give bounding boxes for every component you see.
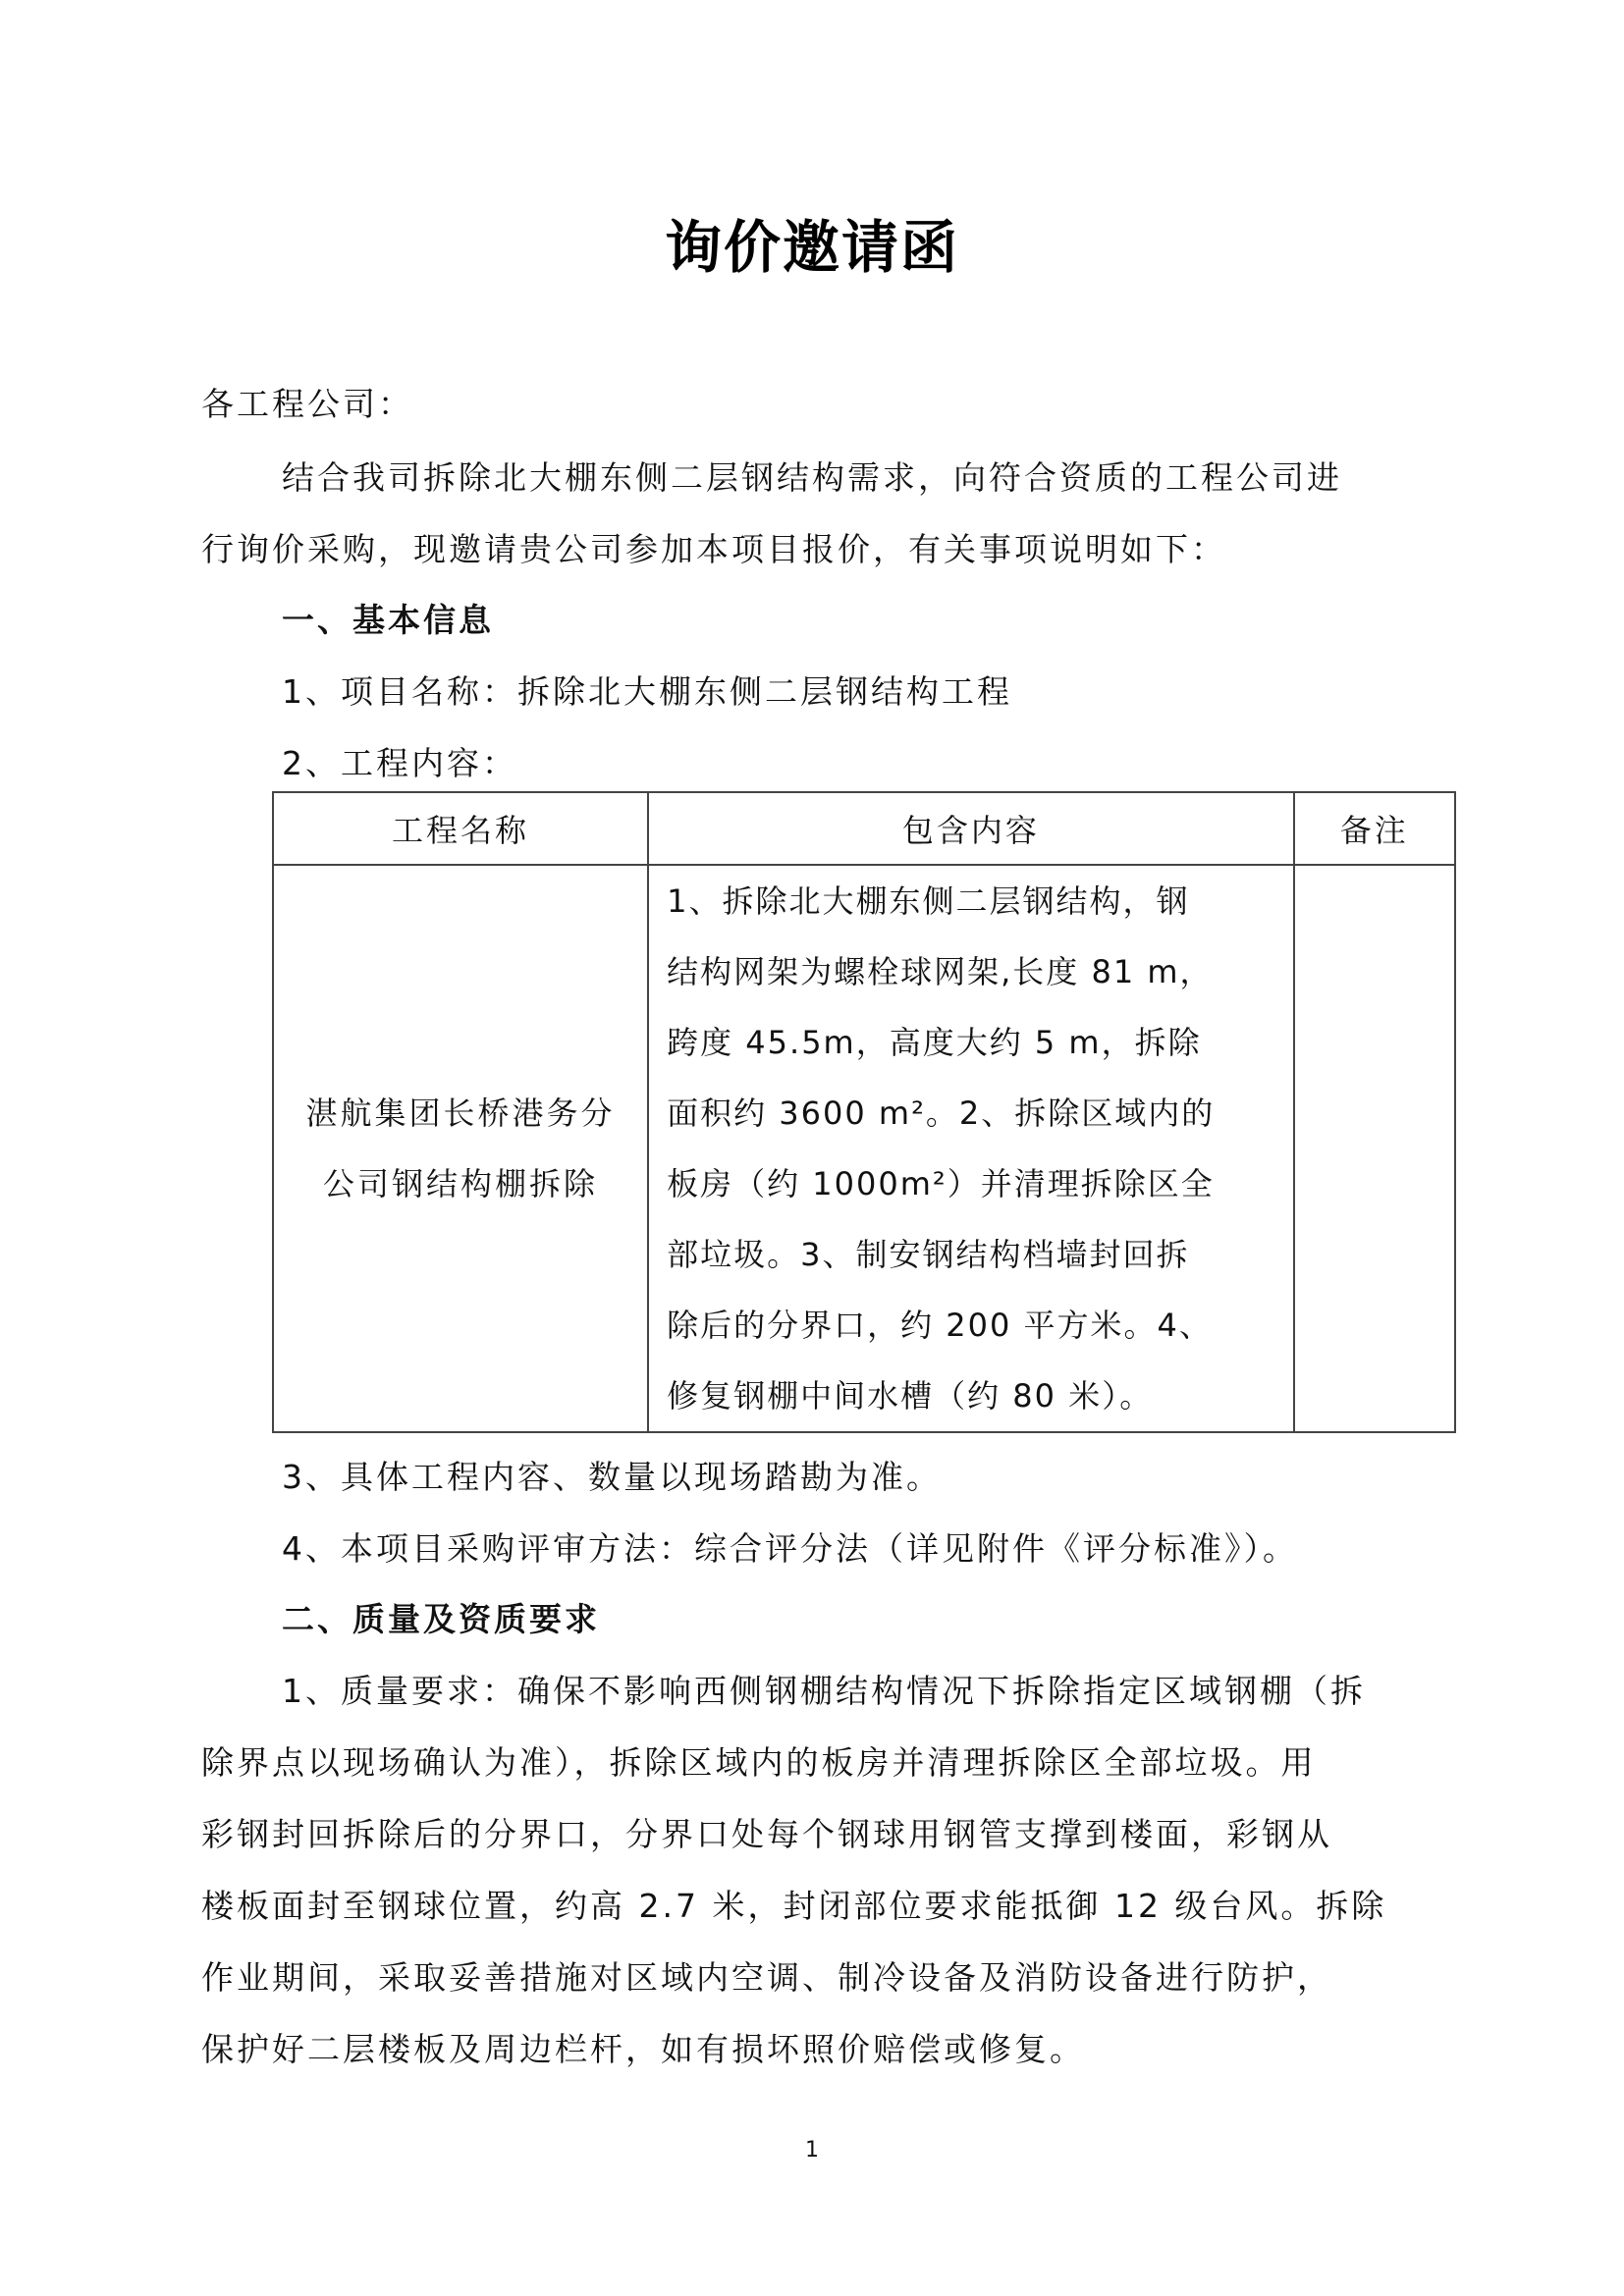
project-name-item: 1、项目名称：拆除北大棚东侧二层钢结构工程 (282, 672, 1012, 712)
content-line: 面积约 3600 m²。2、拆除区域内的 (667, 1078, 1274, 1148)
content-line: 结构网架为螺栓球网架,长度 81 m， (667, 936, 1274, 1007)
project-name-cell: 湛航集团长桥港务分 公司钢结构棚拆除 (273, 865, 648, 1432)
item-3-site-survey: 3、具体工程内容、数量以现场踏勘为准。 (282, 1458, 942, 1497)
header-contents: 包含内容 (648, 792, 1293, 865)
table-row: 湛航集团长桥港务分 公司钢结构棚拆除 1、拆除北大棚东侧二层钢结构，钢 结构网架… (273, 865, 1455, 1432)
content-line: 板房（约 1000m²）并清理拆除区全 (667, 1148, 1274, 1219)
work-content-label: 2、工程内容： (282, 744, 517, 783)
work-content-table: 工程名称 包含内容 备注 湛航集团长桥港务分 公司钢结构棚拆除 1、拆除北大棚东… (272, 791, 1456, 1433)
table-header-row: 工程名称 包含内容 备注 (273, 792, 1455, 865)
header-project-name: 工程名称 (273, 792, 648, 865)
intro-line-2: 行询价采购，现邀请贵公司参加本项目报价，有关事项说明如下： (201, 530, 1226, 569)
content-line: 1、拆除北大棚东侧二层钢结构，钢 (667, 866, 1274, 936)
content-line: 跨度 45.5m，高度大约 5 m，拆除 (667, 1007, 1274, 1078)
section-heading-basic-info: 一、基本信息 (282, 601, 494, 640)
intro-line-1: 结合我司拆除北大棚东侧二层钢结构需求，向符合资质的工程公司进 (282, 458, 1342, 498)
document-page: 询价邀请函 各工程公司： 结合我司拆除北大棚东侧二层钢结构需求，向符合资质的工程… (0, 0, 1624, 2296)
quality-line: 除界点以现场确认为准），拆除区域内的板房并清理拆除区全部垃圾。用 (201, 1743, 1317, 1783)
contents-cell: 1、拆除北大棚东侧二层钢结构，钢 结构网架为螺栓球网架,长度 81 m， 跨度 … (648, 865, 1293, 1432)
content-line: 除后的分界口，约 200 平方米。4、 (667, 1290, 1274, 1361)
document-title: 询价邀请函 (0, 201, 1624, 284)
item-4-evaluation-method: 4、本项目采购评审方法：综合评分法（详见附件《评分标准》）。 (282, 1529, 1298, 1569)
content-line: 部垃圾。3、制安钢结构档墙封回拆 (667, 1219, 1274, 1290)
quality-line: 作业期间，采取妥善措施对区域内空调、制冷设备及消防设备进行防护， (201, 1958, 1332, 1998)
project-name-line: 公司钢结构棚拆除 (274, 1148, 647, 1219)
header-remarks: 备注 (1294, 792, 1455, 865)
salutation: 各工程公司： (201, 385, 413, 424)
content-line: 修复钢棚中间水槽（约 80 米）。 (667, 1361, 1274, 1431)
quality-line: 1、质量要求：确保不影响西侧钢棚结构情况下拆除指定区域钢棚（拆 (282, 1672, 1366, 1711)
section-heading-quality: 二、质量及资质要求 (282, 1600, 600, 1639)
remarks-cell (1294, 865, 1455, 1432)
quality-line: 楼板面封至钢球位置，约高 2.7 米，封闭部位要求能抵御 12 级台风。拆除 (201, 1887, 1386, 1926)
quality-line: 彩钢封回拆除后的分界口，分界口处每个钢球用钢管支撑到楼面，彩钢从 (201, 1815, 1332, 1854)
page-number: 1 (0, 2138, 1624, 2163)
quality-line: 保护好二层楼板及周边栏杆，如有损坏照价赔偿或修复。 (201, 2030, 1085, 2069)
project-name-line: 湛航集团长桥港务分 (274, 1078, 647, 1148)
